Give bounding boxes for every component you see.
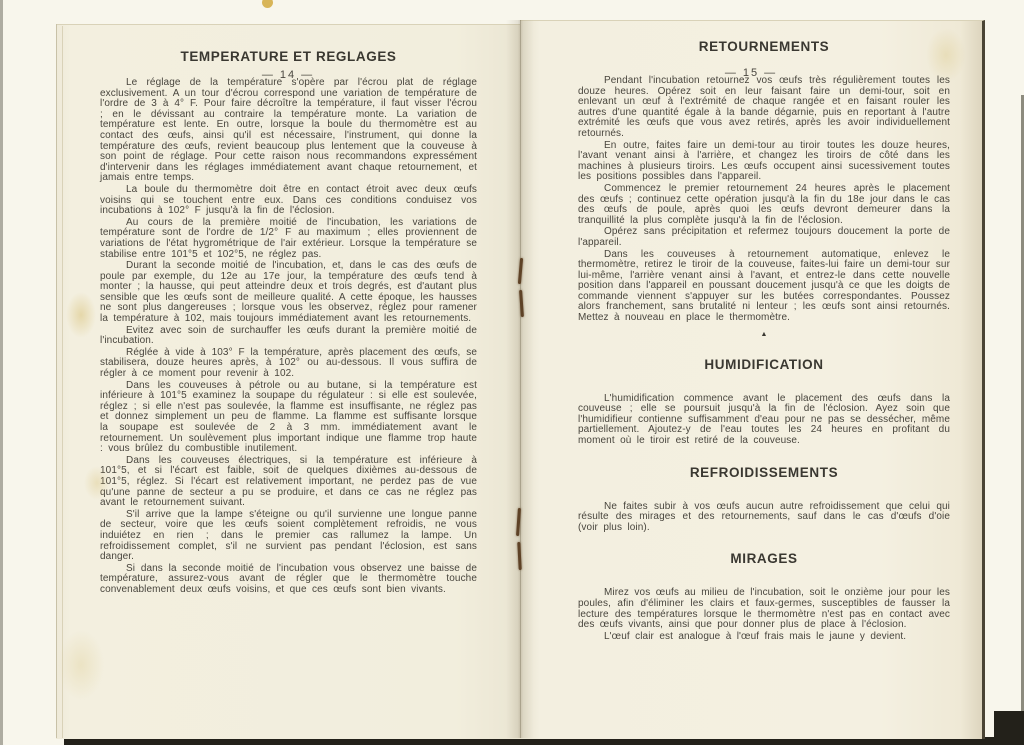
paragraph: En outre, faites faire un demi-tour au t… — [578, 141, 950, 183]
paragraph: Au cours de la première moitié de l'incu… — [100, 218, 477, 260]
scanned-booklet-spread: { "colors": { "paper": "#f2eedd", "scan_… — [0, 0, 1024, 745]
section-divider-ornament: ▲ — [578, 331, 950, 339]
page-stack-edge-line — [56, 24, 57, 738]
paragraph: Réglée à vide à 103° F la température, a… — [100, 348, 477, 380]
page-stack-edge-line — [62, 26, 63, 738]
fold-line — [520, 20, 521, 738]
paragraph: S'il arrive que la lampe s'éteigne ou qu… — [100, 510, 477, 563]
paragraph: L'humidification commence avant le place… — [578, 394, 950, 447]
page-15-body: RETOURNEMENTSPendant l'incubation retour… — [578, 21, 950, 643]
paragraph: Dans les couveuses à retournement automa… — [578, 250, 950, 324]
section-heading: HUMIDIFICATION — [578, 357, 950, 372]
paragraph: Pendant l'incubation retournez vos œufs … — [578, 76, 950, 140]
paragraph: L'œuf clair est analogue à l'œuf frais m… — [578, 632, 950, 643]
paragraph: Opérez sans précipitation et refermez to… — [578, 227, 950, 248]
paragraph: Durant la seconde moitié de l'incubation… — [100, 261, 477, 325]
scan-corner-bottom-right — [994, 711, 1024, 745]
page-14: — 14 — TEMPERATURE ET REGLAGESLe réglage… — [56, 24, 520, 739]
paragraph: Mirez vos œufs au milieu de l'incubation… — [578, 588, 950, 630]
paragraph: Commencez le premier retournement 24 heu… — [578, 184, 950, 226]
section-heading: REFROIDISSEMENTS — [578, 465, 950, 480]
section-heading: MIRAGES — [578, 551, 950, 566]
paragraph: Le réglage de la température s'opère par… — [100, 78, 477, 184]
paragraph: Evitez avec soin de surchauffer les œufs… — [100, 326, 477, 347]
paper-stain — [262, 0, 273, 8]
scan-edge-left — [0, 0, 3, 745]
paragraph: Si dans la seconde moitié de l'incubatio… — [100, 564, 477, 596]
paragraph: Dans les couveuses à pétrole ou au butan… — [100, 381, 477, 455]
section-heading: RETOURNEMENTS — [578, 39, 950, 54]
section-heading: TEMPERATURE ET REGLAGES — [100, 49, 477, 64]
paragraph: Ne faites subir à vos œufs aucun autre r… — [578, 502, 950, 534]
page-14-body: TEMPERATURE ET REGLAGESLe réglage de la … — [100, 25, 477, 597]
paragraph: Dans les couveuses électriques, si la te… — [100, 456, 477, 509]
paragraph: La boule du thermomètre doit être en con… — [100, 185, 477, 217]
page-15: — 15 — RETOURNEMENTSPendant l'incubation… — [520, 20, 985, 739]
